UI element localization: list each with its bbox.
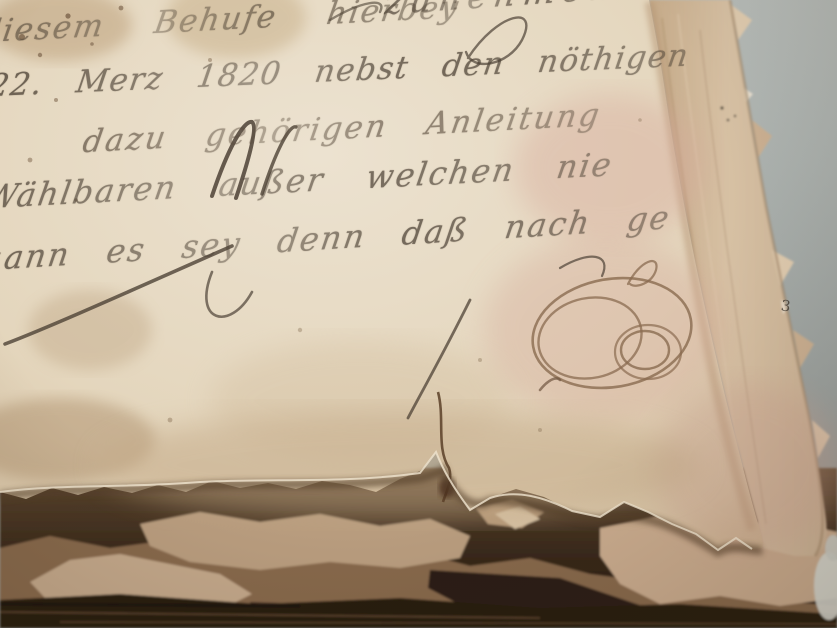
photograph-manuscript: zunehmen diesem Behufe hierbey 22. Merz …: [0, 0, 837, 628]
scene-art: [0, 0, 837, 628]
